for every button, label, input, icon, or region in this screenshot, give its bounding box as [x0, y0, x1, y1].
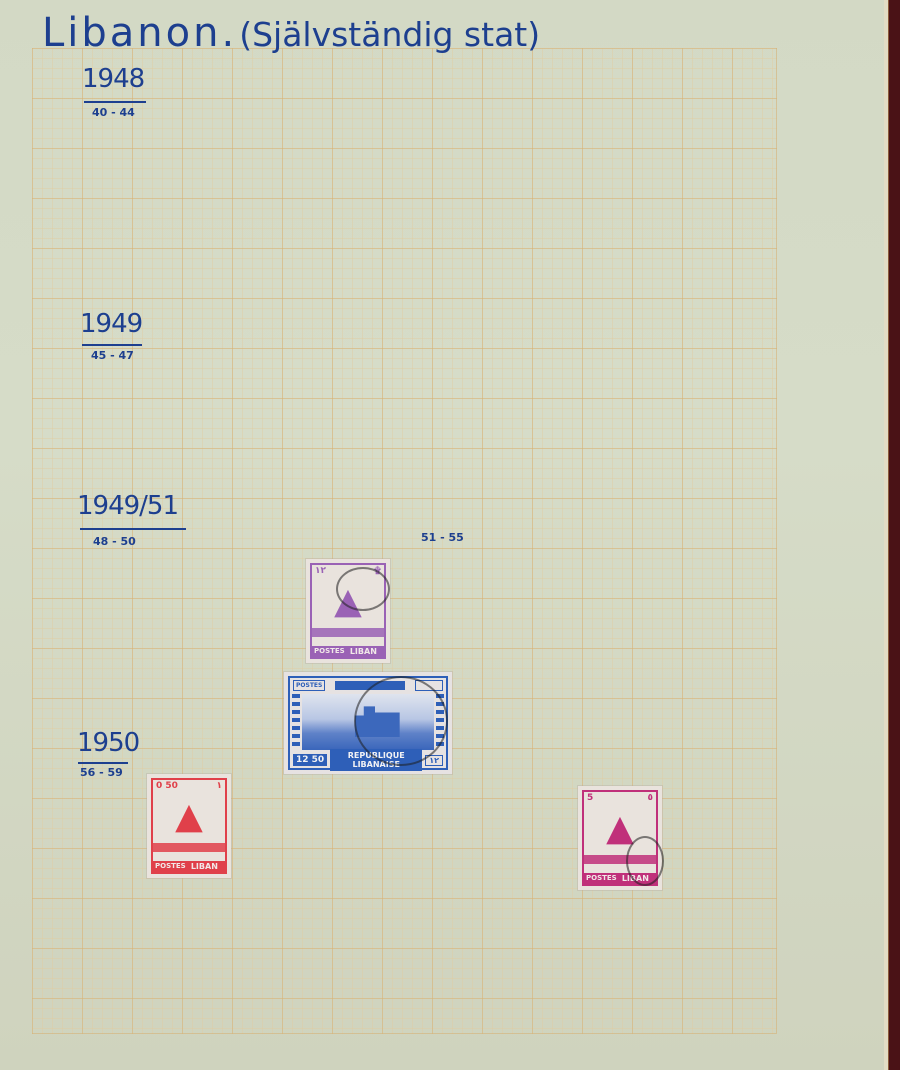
section-year-1949: 1949 [80, 309, 142, 339]
stamp-castle-blue[interactable]: POSTES 12 50 REPUBLIQUE LIBANAISE ١٢ [284, 672, 452, 774]
catalog-range-floating: 51 - 55 [421, 531, 464, 544]
year-underline [84, 101, 146, 103]
stamp-label: POSTES [314, 647, 345, 656]
postmark [626, 836, 664, 886]
section-year-1949-51: 1949/51 [77, 491, 178, 521]
cedar-tree-icon: ▲ [175, 799, 203, 835]
postmark [354, 676, 448, 766]
stamp-label: POSTES [293, 680, 325, 691]
year-underline [80, 528, 186, 530]
stamp-cedar-red[interactable]: 0 50١ ▲ POSTESLIBAN [147, 774, 231, 878]
catalog-range-1949: 45 - 47 [91, 349, 134, 362]
album-page: Libanon.(Självständig stat) 1948 40 - 44… [0, 0, 888, 1070]
stamp-country: LIBAN [191, 862, 218, 871]
cedar-tree-icon: ▲ [606, 811, 634, 847]
graph-grid [32, 48, 777, 1034]
stamp-value: 5 [587, 793, 593, 803]
page-title: Libanon.(Självständig stat) [42, 10, 540, 56]
section-year-1950: 1950 [77, 728, 139, 758]
stamp-value: 0 50 [156, 781, 178, 791]
album-binder [888, 0, 900, 1070]
stamp-label: POSTES [586, 874, 617, 883]
stamp-country: LIBAN [350, 647, 377, 656]
stamp-value: 12 50 [293, 754, 327, 766]
year-underline [78, 762, 128, 764]
stamp-cedar-magenta[interactable]: 5٥ ▲ POSTESLIBAN [578, 786, 662, 890]
postmark [336, 567, 390, 611]
catalog-range-1948: 40 - 44 [92, 106, 135, 119]
stamp-cedar-purple[interactable]: ١٢۩ ▲ POSTESLIBAN [306, 559, 390, 663]
title-subtitle: (Självständig stat) [239, 15, 540, 54]
title-country: Libanon. [42, 10, 237, 56]
catalog-range-1949-51: 48 - 50 [93, 535, 136, 548]
catalog-range-1950: 56 - 59 [80, 766, 123, 779]
year-underline [82, 344, 142, 346]
section-year-1948: 1948 [82, 64, 144, 94]
stamp-label: POSTES [155, 862, 186, 871]
